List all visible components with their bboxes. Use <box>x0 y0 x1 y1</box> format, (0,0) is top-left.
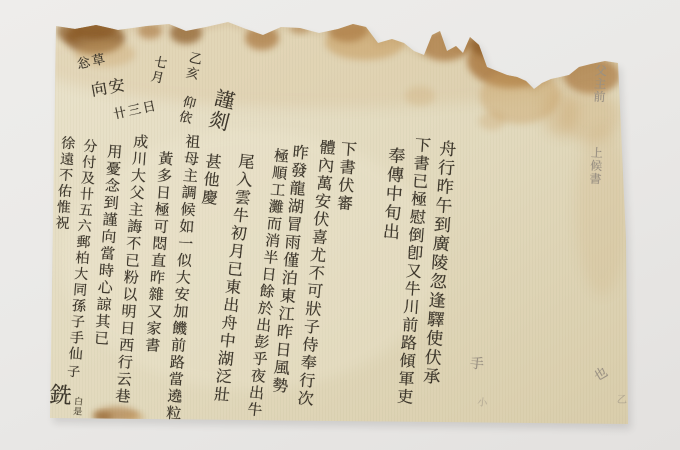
text-column-date-2: 七月 <box>148 54 168 86</box>
text-column-closing-2: 仰依 <box>176 94 197 126</box>
text-column-closing-1: 謹剡 <box>203 86 234 134</box>
text-column-faint-mark-2: 小 <box>474 396 486 408</box>
text-column-faint-mark-1: 手 <box>467 355 483 372</box>
text-column-date-1: 乙亥 <box>183 50 203 82</box>
text-column-signature-prefix: 子 <box>65 364 80 380</box>
text-column-c4: 下書伏審 <box>333 140 355 213</box>
text-column-c15: 徐遠不佑惟祝 <box>53 135 74 232</box>
text-column-margin-address-1: 父主前 <box>592 64 607 104</box>
text-layer: 父主前上候書舟行昨午到廣陵忽逢驛使伏承下書已極慰倒卽又牛川前路傾軍吏奉傳中旬出下… <box>0 0 680 450</box>
text-column-date-4: 向安 <box>90 78 128 100</box>
text-column-c13: 用憂念到謹向當時心諒其已 <box>90 143 120 348</box>
text-column-c3: 奉傳中旬出 <box>380 146 405 242</box>
text-column-date-3: 忩草 <box>76 52 108 71</box>
text-column-faint-mark-4: 乙 <box>614 394 625 405</box>
text-column-faint-mark-3: 也 <box>590 365 609 385</box>
text-column-c9: 甚他慶 <box>197 152 220 207</box>
text-column-signature-suffix: 白是 <box>72 396 83 417</box>
photo-of-letter: 父主前上候書舟行昨午到廣陵忽逢驛使伏承下書已極慰倒卽又牛川前路傾軍吏奉傳中旬出下… <box>0 0 680 450</box>
text-column-date-5: 卄三日 <box>112 99 159 121</box>
text-column-c11: 黃多日極可悶直昨雜又家書 <box>141 150 171 355</box>
text-column-signature-name: 銑 <box>47 382 72 409</box>
text-column-margin-address-2: 上候書 <box>588 146 603 186</box>
